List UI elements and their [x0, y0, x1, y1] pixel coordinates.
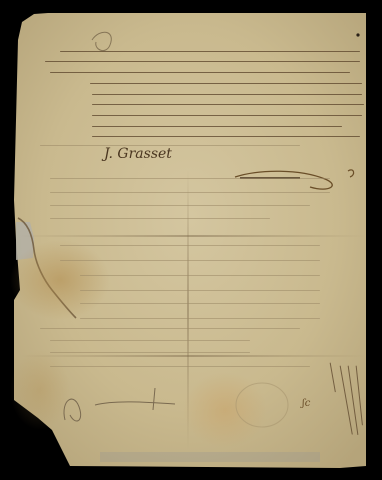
flourish-signature [230, 165, 360, 205]
signature: J. Grasset [104, 146, 172, 162]
lower-signature [55, 380, 195, 430]
fold-crease-horizontal [20, 235, 365, 237]
fold-crease-horizontal-lower [20, 355, 365, 357]
